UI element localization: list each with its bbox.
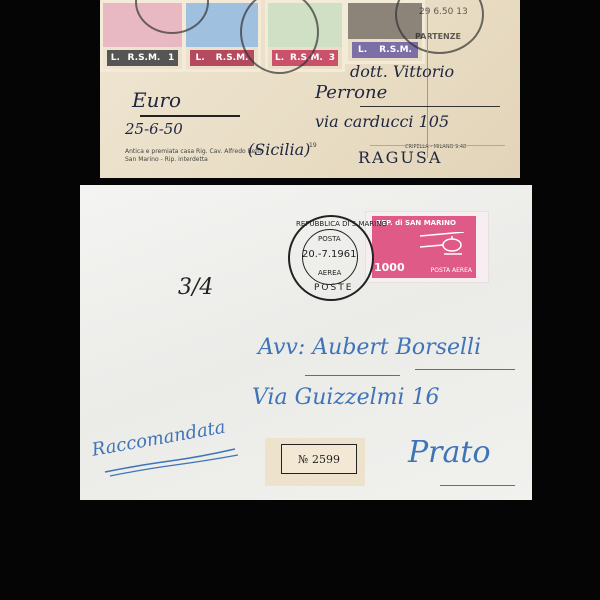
address-line-1: dott. Vittorio [350,62,454,81]
registration-label: № 2599 [265,438,365,486]
postmark-inner-top: POSTA [318,235,341,243]
stamp-currency: L. [111,53,120,63]
postcard-divider [427,8,428,158]
stamp-country: R.S.M. [379,45,412,55]
underline [415,369,515,370]
postmark-date: 20.-7.1961 [302,249,357,260]
underline [440,485,515,486]
address-line-4: (Sicilia) [248,140,310,159]
stamp-value: 1000 [374,261,405,274]
address-city: RAGUSA [358,148,442,167]
address-line-3: via carducci 105 [315,112,449,131]
address-line [370,145,505,146]
printed-caption: Antica e premiata casa Rig. Cav. Alfredo… [125,148,261,164]
recipient-city: Prato [408,435,491,470]
postcard: L.R.S.M.1 L.R.S.M. L.R.S.M.3 L.R.S.M. 29… [100,0,520,178]
recipient-street: Via Guizzelmi 16 [252,385,440,410]
stamp-currency: L. [196,53,205,63]
caption-line: San Marino - Rip. interdetta [125,156,261,164]
recipient-name: Avv: Aubert Borselli [258,335,481,360]
stamp-currency: L. [358,45,367,55]
stamp-value: 3 [329,53,335,63]
envelope: REP. di SAN MARINO 1000 POSTA AEREA REPU… [80,185,532,500]
fraction-mark: 3/4 [178,275,213,300]
wavy-underline-icon [100,447,240,477]
stamp-label: POSTA AEREA [431,267,472,274]
address-line-2: Perrone [315,82,387,103]
handwritten-date: 25-6-50 [125,120,183,138]
stamp-country: R.S.M. [216,53,249,63]
postmark: REPUBBLICA DI S.MARINO POSTA 20.-7.1961 … [288,215,374,301]
stamp-title: REP. di SAN MARINO [376,219,456,227]
postmark-outer-top: REPUBBLICA DI S.MARINO [296,220,387,228]
cancel-place: PARTENZE [415,32,461,41]
handwritten-note: Euro [132,88,181,112]
stamp-country: R.S.M. [128,53,161,63]
helicopter-icon [412,232,470,258]
registration-number: 2599 [312,453,340,466]
address-line [360,106,500,107]
registration-box: № 2599 [281,444,357,474]
caption-line: Antica e premiata casa Rig. Cav. Alfredo… [125,148,261,156]
underline [140,115,240,117]
postmark-outer-bottom: POSTE [314,283,353,293]
registration-prefix: № [298,453,308,466]
underline [305,375,400,376]
postmark-inner-bottom: AEREA [318,269,341,277]
stamp-value: 1 [168,53,174,63]
